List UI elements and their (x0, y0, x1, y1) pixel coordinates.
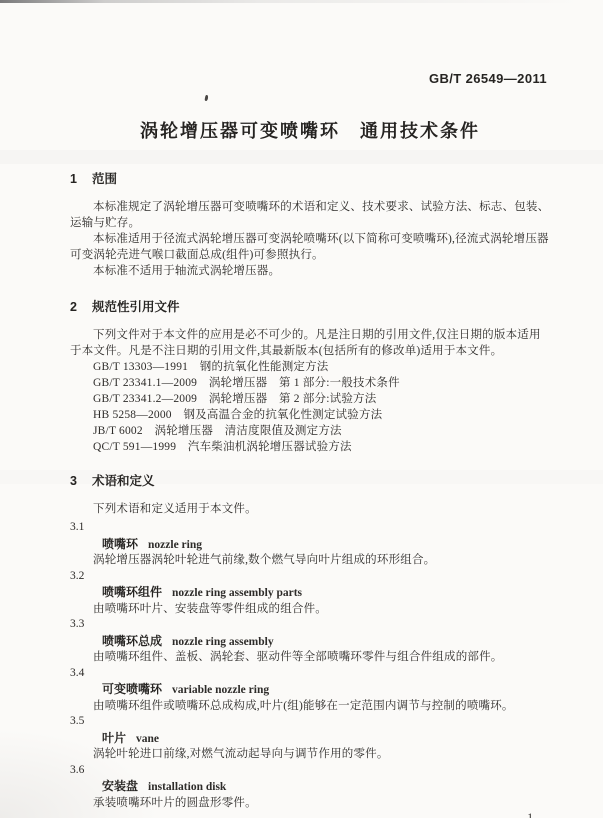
section-number: 1 (70, 172, 92, 187)
term-definition: 由喷嘴环组件或喷嘴环总成构成,叶片(组)能够在一定范围内调节与控制的喷嘴环。 (70, 699, 550, 715)
term-number: 3.2 (70, 569, 550, 585)
term-en: nozzle ring (148, 539, 202, 551)
term-definition: 涡轮叶轮进口前缘,对燃气流动起导向与调节作用的零件。 (70, 747, 550, 763)
term-en: nozzle ring assembly (172, 636, 274, 648)
paragraph: 下列术语和定义适用于本文件。 (70, 501, 550, 517)
term-zh: 喷嘴环 (102, 537, 138, 551)
term-title: 安装盘installation disk (70, 778, 550, 796)
term-title: 喷嘴环总成nozzle ring assembly (70, 633, 550, 651)
paragraph: 下列文件对于本文件的应用是必不可少的。凡是注日期的引用文件,仅注日期的版本适用于… (70, 327, 550, 359)
term-definition: 由喷嘴环叶片、安装盘等零件组成的组合件。 (70, 602, 550, 618)
term-3-5: 3.5 叶片vane 涡轮叶轮进口前缘,对燃气流动起导向与调节作用的零件。 (70, 714, 550, 763)
term-en: vane (136, 733, 159, 745)
scanned-standard-page: { "page": { "header_code": "GB/T 26549—2… (0, 0, 603, 818)
reference-item: GB/T 13303—1991 钢的抗氧化性能测定方法 (70, 359, 550, 375)
term-zh: 安装盘 (102, 779, 138, 793)
term-definition: 承装喷嘴环叶片的圆盘形零件。 (70, 796, 550, 812)
reference-item: JB/T 6002 涡轮增压器 清洁度限值及测定方法 (70, 423, 550, 439)
term-definition: 涡轮增压器涡轮叶轮进气前缘,数个燃气导向叶片组成的环形组合。 (70, 553, 550, 569)
term-zh: 喷嘴环总成 (102, 634, 162, 648)
terms-list: 3.1 喷嘴环nozzle ring 涡轮增压器涡轮叶轮进气前缘,数个燃气导向叶… (70, 520, 550, 811)
section-1-body: 本标准规定了涡轮增压器可变喷嘴环的术语和定义、技术要求、试验方法、标志、包装、运… (70, 199, 550, 279)
page-content: GB/T 26549—2011 涡轮增压器可变喷嘴环 通用技术条件 1范围 本标… (70, 0, 550, 818)
section-number: 2 (70, 300, 92, 315)
term-3-4: 3.4 可变喷嘴环variable nozzle ring 由喷嘴环组件或喷嘴环… (70, 666, 550, 715)
paragraph: 本标准不适用于轴流式涡轮增压器。 (70, 263, 550, 279)
term-number: 3.6 (70, 763, 550, 779)
term-zh: 可变喷嘴环 (102, 682, 162, 696)
term-zh: 叶片 (102, 731, 126, 745)
term-zh: 喷嘴环组件 (102, 585, 162, 599)
term-3-1: 3.1 喷嘴环nozzle ring 涡轮增压器涡轮叶轮进气前缘,数个燃气导向叶… (70, 520, 550, 569)
section-title: 规范性引用文件 (92, 300, 180, 314)
term-definition: 由喷嘴环组件、盖板、涡轮套、驱动件等全部喷嘴环零件与组合件组成的部件。 (70, 650, 550, 666)
reference-item: QC/T 591—1999 汽车柴油机涡轮增压器试验方法 (70, 439, 550, 455)
document-title: 涡轮增压器可变喷嘴环 通用技术条件 (70, 117, 550, 143)
term-en: nozzle ring assembly parts (172, 587, 302, 599)
term-3-3: 3.3 喷嘴环总成nozzle ring assembly 由喷嘴环组件、盖板、… (70, 617, 550, 666)
section-1-heading: 1范围 (70, 172, 550, 187)
term-3-6: 3.6 安装盘installation disk 承装喷嘴环叶片的圆盘形零件。 (70, 763, 550, 812)
term-number: 3.4 (70, 666, 550, 682)
section-title: 范围 (92, 172, 117, 186)
section-2-heading: 2规范性引用文件 (70, 300, 550, 315)
term-title: 叶片vane (70, 730, 550, 748)
term-number: 3.5 (70, 714, 550, 730)
term-3-2: 3.2 喷嘴环组件nozzle ring assembly parts 由喷嘴环… (70, 569, 550, 618)
standard-number: GB/T 26549—2011 (70, 71, 550, 86)
term-number: 3.3 (70, 617, 550, 633)
page-number: 1 (70, 811, 550, 818)
paragraph: 本标准适用于径流式涡轮增压器可变涡轮喷嘴环(以下简称可变喷嘴环),径流式涡轮增压… (70, 231, 550, 263)
section-2-body: 下列文件对于本文件的应用是必不可少的。凡是注日期的引用文件,仅注日期的版本适用于… (70, 327, 550, 455)
term-title: 喷嘴环组件nozzle ring assembly parts (70, 584, 550, 602)
term-title: 喷嘴环nozzle ring (70, 536, 550, 554)
section-title: 术语和定义 (92, 474, 155, 488)
section-3-heading: 3术语和定义 (70, 474, 550, 489)
section-number: 3 (70, 474, 92, 489)
reference-item: HB 5258—2000 钢及高温合金的抗氧化性测定试验方法 (70, 407, 550, 423)
term-number: 3.1 (70, 520, 550, 536)
reference-item: GB/T 23341.1—2009 涡轮增压器 第 1 部分:一般技术条件 (70, 375, 550, 391)
section-3-intro: 下列术语和定义适用于本文件。 (70, 501, 550, 517)
paragraph: 本标准规定了涡轮增压器可变喷嘴环的术语和定义、技术要求、试验方法、标志、包装、运… (70, 199, 550, 231)
reference-item: GB/T 23341.2—2009 涡轮增压器 第 2 部分:试验方法 (70, 391, 550, 407)
term-en: installation disk (148, 781, 226, 793)
term-title: 可变喷嘴环variable nozzle ring (70, 681, 550, 699)
term-en: variable nozzle ring (172, 684, 269, 696)
